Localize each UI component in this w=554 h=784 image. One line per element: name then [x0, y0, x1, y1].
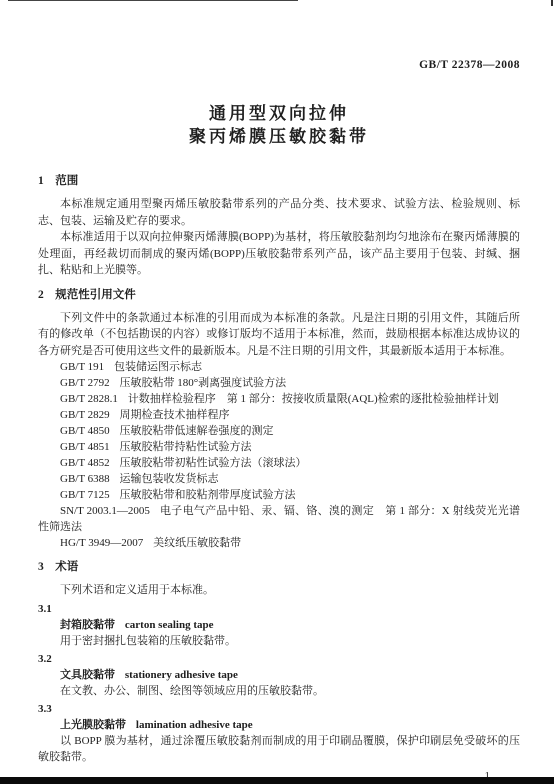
reference-item: GB/T 6388运输包装收发货标志 [38, 471, 520, 487]
doc-title-line2: 聚丙烯膜压敏胶黏带 [38, 125, 520, 148]
reference-code: GB/T 191 [60, 361, 104, 373]
doc-number: GB/T 22378—2008 [38, 58, 520, 72]
term-name-en: carton sealing tape [125, 619, 214, 631]
term-name-cn: 文具胶黏带 [60, 669, 115, 681]
reference-item: GB/T 191包装储运图示标志 [38, 359, 520, 375]
term-heading: 文具胶黏带stationery adhesive tape [38, 667, 520, 683]
term-heading: 上光膜胶黏带lamination adhesive tape [38, 717, 520, 733]
section-2-intro: 下列文件中的条款通过本标准的引用而成为本标准的条款。凡是注日期的引用文件，其随后… [38, 310, 520, 360]
reference-item: SN/T 2003.1—2005电子电气产品中铅、汞、镉、铬、溴的测定 第 1 … [38, 503, 520, 535]
term-name-en: lamination adhesive tape [136, 719, 253, 731]
reference-title: 压敏胶粘带持粘性试验方法 [120, 441, 252, 453]
clause-number: 3.2 [38, 652, 520, 667]
doc-title-line1: 通用型双向拉伸 [38, 102, 520, 125]
reference-item: HG/T 3949—2007美纹纸压敏胶黏带 [38, 535, 520, 551]
reference-item: GB/T 4850压敏胶粘带低速解卷强度的测定 [38, 423, 520, 439]
reference-title: 运输包装收发货标志 [120, 473, 219, 485]
reference-code: GB/T 4851 [60, 441, 110, 453]
term-block: 3.3 上光膜胶黏带lamination adhesive tape 以 BOP… [38, 702, 520, 765]
term-definition: 用于密封捆扎包装箱的压敏胶黏带。 [38, 633, 520, 649]
term-name-en: stationery adhesive tape [125, 669, 238, 681]
document-page: GB/T 22378—2008 通用型双向拉伸 聚丙烯膜压敏胶黏带 1 范围 本… [0, 0, 554, 784]
reference-code: HG/T 3949—2007 [60, 537, 143, 549]
reference-code: GB/T 4850 [60, 425, 110, 437]
section-1-paragraph-2: 本标准适用于以双向拉伸聚丙烯薄膜(BOPP)为基材，将压敏胶黏剂均匀地涂布在聚丙… [38, 229, 520, 279]
term-name-cn: 上光膜胶黏带 [60, 719, 126, 731]
clause-number: 3.3 [38, 702, 520, 717]
reference-item: GB/T 2828.1计数抽样检验程序 第 1 部分：按接收质量限(AQL)检索… [38, 391, 520, 407]
reference-code: GB/T 4852 [60, 457, 110, 469]
reference-item: GB/T 2829周期检查技术抽样程序 [38, 407, 520, 423]
scan-artifact-bottom-band [0, 777, 554, 784]
term-block: 3.2 文具胶黏带stationery adhesive tape 在文教、办公… [38, 652, 520, 699]
scan-artifact-top-line [8, 0, 298, 1]
section-3-heading: 3 术语 [38, 560, 520, 575]
reference-title: 包装储运图示标志 [114, 361, 202, 373]
section-1-heading: 1 范围 [38, 174, 520, 189]
reference-code: GB/T 7125 [60, 489, 110, 501]
term-definition: 在文教、办公、制图、绘图等领域应用的压敏胶黏带。 [38, 683, 520, 699]
reference-item: GB/T 2792压敏胶粘带 180°剥离强度试验方法 [38, 375, 520, 391]
section-1-paragraph-1: 本标准规定通用型聚丙烯压敏胶黏带系列的产品分类、技术要求、试验方法、检验规则、标… [38, 196, 520, 229]
scan-artifact-corner-tick [551, 0, 553, 6]
term-block: 3.1 封箱胶黏带carton sealing tape 用于密封捆扎包装箱的压… [38, 602, 520, 649]
term-name-cn: 封箱胶黏带 [60, 619, 115, 631]
section-2-heading: 2 规范性引用文件 [38, 288, 520, 303]
doc-title: 通用型双向拉伸 聚丙烯膜压敏胶黏带 [38, 102, 520, 148]
term-heading: 封箱胶黏带carton sealing tape [38, 617, 520, 633]
term-definition: 以 BOPP 膜为基材，通过涂覆压敏胶黏剂而制成的用于印刷品覆膜，保护印刷层免受… [38, 733, 520, 765]
reference-code: SN/T 2003.1—2005 [60, 505, 150, 517]
reference-code: GB/T 2828.1 [60, 393, 118, 405]
reference-item: GB/T 4852压敏胶粘带初粘性试验方法（滚球法） [38, 455, 520, 471]
reference-code: GB/T 6388 [60, 473, 110, 485]
reference-item: GB/T 7125压敏胶粘带和胶粘剂带厚度试验方法 [38, 487, 520, 503]
reference-title: 压敏胶粘带初粘性试验方法（滚球法） [120, 457, 307, 469]
section-3-intro: 下列术语和定义适用于本标准。 [38, 582, 520, 599]
reference-title: 周期检查技术抽样程序 [120, 409, 230, 421]
clause-number: 3.1 [38, 602, 520, 617]
reference-title: 压敏胶粘带低速解卷强度的测定 [120, 425, 274, 437]
reference-title: 压敏胶粘带 180°剥离强度试验方法 [120, 377, 287, 389]
reference-item: GB/T 4851压敏胶粘带持粘性试验方法 [38, 439, 520, 455]
reference-code: GB/T 2829 [60, 409, 110, 421]
reference-title: 美纹纸压敏胶黏带 [153, 537, 241, 549]
reference-code: GB/T 2792 [60, 377, 110, 389]
reference-title: 压敏胶粘带和胶粘剂带厚度试验方法 [120, 489, 296, 501]
reference-title: 计数抽样检验程序 第 1 部分：按接收质量限(AQL)检索的逐批检验抽样计划 [128, 393, 499, 405]
